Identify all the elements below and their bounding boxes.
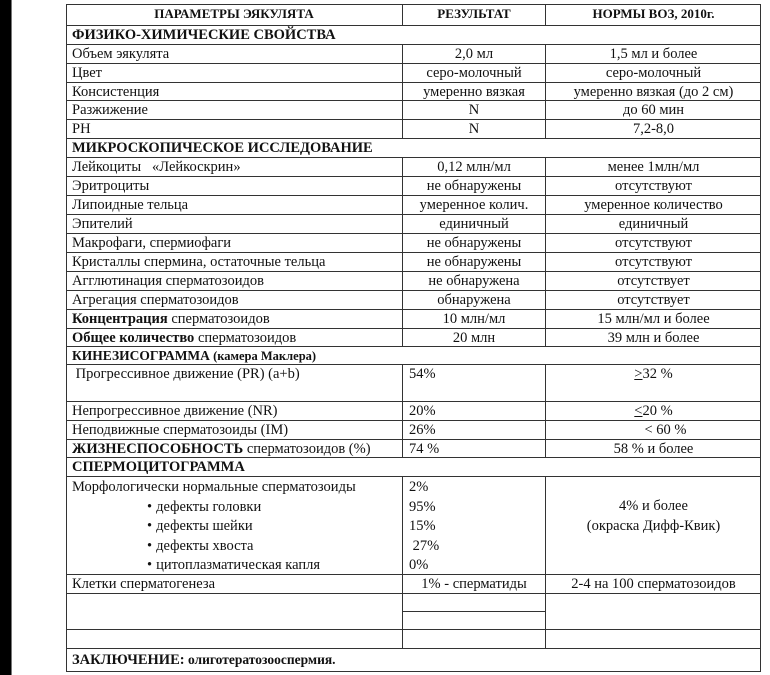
param-label: PH bbox=[66, 120, 402, 138]
param-label: Объем эякулята bbox=[66, 45, 402, 63]
empty-cell bbox=[402, 630, 545, 648]
param-label: Липоидные тельца bbox=[66, 196, 402, 214]
result-value: 26% bbox=[402, 421, 545, 439]
morph-normal-label: Морфологически нормальные сперматозоиды bbox=[72, 478, 402, 498]
result-value: 1% - сперматиды bbox=[402, 575, 545, 593]
table-row: Консистенция умеренно вязкая умеренно вя… bbox=[66, 82, 761, 100]
morphology-results: 2% 95% 15% 27% 0% bbox=[402, 477, 545, 574]
semen-analysis-table: ПАРАМЕТРЫ ЭЯКУЛЯТА РЕЗУЛЬТАТ НОРМЫ ВОЗ, … bbox=[66, 4, 761, 672]
param-label: Эритроциты bbox=[66, 177, 402, 195]
param-label: Непрогрессивное движение (NR) bbox=[66, 402, 402, 420]
param-bold-label: ЖИЗНЕСПОСОБНОСТЬ bbox=[72, 441, 243, 457]
section-physchem: ФИЗИКО-ХИМИЧЕСКИЕ СВОЙСТВА bbox=[66, 25, 761, 44]
result-value: 54% bbox=[402, 365, 545, 401]
norm-value: 58 % и более bbox=[545, 440, 761, 457]
table-row: Объем эякулята 2,0 мл 1,5 мл и более bbox=[66, 44, 761, 63]
result-value: единичный bbox=[402, 215, 545, 233]
conclusion-row: ЗАКЛЮЧЕНИЕ: олиготератозооспермия. bbox=[66, 648, 761, 672]
section-kinesiogram: КИНЕЗИСОГРАММА (камера Маклера) bbox=[66, 346, 761, 364]
param-label: Макрофаги, спермиофаги bbox=[66, 234, 402, 252]
defect-tail-label: дефекты хвоста bbox=[72, 537, 402, 557]
result-value: 20 млн bbox=[402, 329, 545, 346]
empty-cell bbox=[545, 630, 761, 648]
norm-value: 15 млн/мл и более bbox=[545, 310, 761, 328]
table-row: Неподвижные сперматозоиды (IM) 26% < 60 … bbox=[66, 420, 761, 439]
norm-value: умеренно вязкая (до 2 см) bbox=[545, 83, 761, 100]
param-label: Неподвижные сперматозоиды (IM) bbox=[66, 421, 402, 439]
section-title: КИНЕЗИСОГРАММА (камера Маклера) bbox=[66, 347, 761, 364]
table-row: Непрогрессивное движение (NR) 20% <20 % bbox=[66, 401, 761, 420]
result-value: 10 млн/мл bbox=[402, 310, 545, 328]
param-label: Концентрация сперматозоидов bbox=[66, 310, 402, 328]
table-row: Эритроциты не обнаружены отсутствуют bbox=[66, 176, 761, 195]
empty-cell bbox=[66, 594, 402, 629]
norm-value: <20 % bbox=[545, 402, 761, 420]
param-label: Прогрессивное движение (PR) (a+b) bbox=[66, 365, 402, 401]
norm-number: 32 % bbox=[642, 366, 672, 382]
norm-value: серо-молочный bbox=[545, 64, 761, 82]
norm-value: менее 1млн/мл bbox=[545, 158, 761, 176]
section-title-sub: (камера Маклера) bbox=[210, 349, 316, 363]
section-title: МИКРОСКОПИЧЕСКОЕ ИССЛЕДОВАНИЕ bbox=[66, 139, 761, 157]
param-rest-label: сперматозоидов bbox=[168, 311, 270, 327]
result-value: 20% bbox=[402, 402, 545, 420]
header-norms: НОРМЫ ВОЗ, 2010г. bbox=[545, 4, 761, 25]
defect-neck-label: дефекты шейки bbox=[72, 517, 402, 537]
param-bold-label: Концентрация bbox=[72, 311, 168, 327]
result-value: не обнаружены bbox=[402, 177, 545, 195]
norm-value: 1,5 мл и более bbox=[545, 45, 761, 63]
morph-norm-line2: (окраска Дифф-Квик) bbox=[546, 517, 761, 537]
table-row: Лейкоциты «Лейкоскрин» 0,12 млн/мл менее… bbox=[66, 157, 761, 176]
header-parameters: ПАРАМЕТРЫ ЭЯКУЛЯТА bbox=[66, 4, 402, 25]
table-row: Общее количество сперматозоидов 20 млн 3… bbox=[66, 328, 761, 346]
defect-neck-value: 15% bbox=[409, 517, 545, 537]
empty-cell bbox=[66, 630, 402, 648]
table-row: Липоидные тельца умеренное колич. умерен… bbox=[66, 195, 761, 214]
section-title: ФИЗИКО-ХИМИЧЕСКИЕ СВОЙСТВА bbox=[66, 26, 761, 44]
norm-value: 7,2-8,0 bbox=[545, 120, 761, 138]
morph-norm-line1: 4% и более bbox=[546, 497, 761, 517]
result-value: не обнаружена bbox=[402, 272, 545, 290]
defect-tail-value: 27% bbox=[409, 537, 545, 557]
table-row: Клетки сперматогенеза 1% - сперматиды 2-… bbox=[66, 574, 761, 593]
defect-head-label: дефекты головки bbox=[72, 498, 402, 518]
param-rest-label: сперматозоидов bbox=[194, 330, 296, 346]
norm-value: < 60 % bbox=[545, 421, 761, 439]
morphology-params: Морфологически нормальные сперматозоиды … bbox=[66, 477, 402, 574]
morphology-row: Морфологически нормальные сперматозоиды … bbox=[66, 476, 761, 574]
norm-value: до 60 мин bbox=[545, 101, 761, 119]
table-row: Прогрессивное движение (PR) (a+b) 54% >3… bbox=[66, 364, 761, 401]
section-spermocytogram: СПЕРМОЦИТОГРАММА bbox=[66, 457, 761, 476]
norm-number: 20 % bbox=[642, 403, 672, 419]
left-border-edge bbox=[11, 0, 12, 675]
norm-value: 2-4 на 100 сперматозоидов bbox=[545, 575, 761, 593]
cell-split-line bbox=[402, 611, 545, 612]
section-title: СПЕРМОЦИТОГРАММА bbox=[66, 458, 761, 476]
result-value: умеренно вязкая bbox=[402, 83, 545, 100]
table-row: Агглютинация сперматозоидов не обнаружен… bbox=[66, 271, 761, 290]
param-label: Консистенция bbox=[66, 83, 402, 100]
param-label: Лейкоциты «Лейкоскрин» bbox=[66, 158, 402, 176]
norm-value: 39 млн и более bbox=[545, 329, 761, 346]
param-rest-label: сперматозоидов (%) bbox=[243, 441, 370, 457]
result-value: 74 % bbox=[402, 440, 545, 457]
result-value: умеренное колич. bbox=[402, 196, 545, 214]
param-bold-label: Общее количество bbox=[72, 330, 194, 346]
defect-cytoplasmic-drop-value: 0% bbox=[409, 556, 545, 576]
morphology-norm: 4% и более (окраска Дифф-Квик) bbox=[545, 477, 761, 574]
defect-head-value: 95% bbox=[409, 498, 545, 518]
result-value: 0,12 млн/мл bbox=[402, 158, 545, 176]
morph-normal-value: 2% bbox=[409, 478, 545, 498]
table-row: PH N 7,2-8,0 bbox=[66, 119, 761, 138]
norm-value: отсутствуют bbox=[545, 177, 761, 195]
norm-value: отсутствуют bbox=[545, 253, 761, 271]
result-value: N bbox=[402, 120, 545, 138]
result-value: серо-молочный bbox=[402, 64, 545, 82]
conclusion: ЗАКЛЮЧЕНИЕ: олиготератозооспермия. bbox=[66, 649, 761, 672]
norm-value: отсутствует bbox=[545, 272, 761, 290]
norm-value: отсутствуют bbox=[545, 234, 761, 252]
param-label: Кристаллы спермина, остаточные тельца bbox=[66, 253, 402, 271]
norm-value: >32 % bbox=[545, 365, 761, 401]
param-label: Общее количество сперматозоидов bbox=[66, 329, 402, 346]
result-value: обнаружена bbox=[402, 291, 545, 309]
table-row: Агрегация сперматозоидов обнаружена отсу… bbox=[66, 290, 761, 309]
section-microscopy: МИКРОСКОПИЧЕСКОЕ ИССЛЕДОВАНИЕ bbox=[66, 138, 761, 157]
table-row: Цвет серо-молочный серо-молочный bbox=[66, 63, 761, 82]
param-label: Эпителий bbox=[66, 215, 402, 233]
param-label: Клетки сперматогенеза bbox=[66, 575, 402, 593]
table-header: ПАРАМЕТРЫ ЭЯКУЛЯТА РЕЗУЛЬТАТ НОРМЫ ВОЗ, … bbox=[66, 4, 761, 25]
table-row: Концентрация сперматозоидов 10 млн/мл 15… bbox=[66, 309, 761, 328]
param-label: Агрегация сперматозоидов bbox=[66, 291, 402, 309]
section-title-main: КИНЕЗИСОГРАММА bbox=[72, 348, 210, 363]
defect-cytoplasmic-drop-label: цитоплазматическая капля bbox=[72, 556, 402, 576]
conclusion-label: ЗАКЛЮЧЕНИЕ: bbox=[72, 652, 185, 668]
result-value: N bbox=[402, 101, 545, 119]
table-row: Кристаллы спермина, остаточные тельца не… bbox=[66, 252, 761, 271]
norm-value: отсутствует bbox=[545, 291, 761, 309]
result-value: 2,0 мл bbox=[402, 45, 545, 63]
left-black-border bbox=[0, 0, 11, 675]
header-result: РЕЗУЛЬТАТ bbox=[402, 4, 545, 25]
table-row: Разжижение N до 60 мин bbox=[66, 100, 761, 119]
param-label: ЖИЗНЕСПОСОБНОСТЬ сперматозоидов (%) bbox=[66, 440, 402, 457]
conclusion-value: олиготератозооспермия. bbox=[185, 652, 336, 667]
result-value: не обнаружены bbox=[402, 253, 545, 271]
table-row: Эпителий единичный единичный bbox=[66, 214, 761, 233]
result-value: не обнаружены bbox=[402, 234, 545, 252]
empty-cell bbox=[545, 594, 761, 629]
empty-row bbox=[66, 629, 761, 648]
param-label: Агглютинация сперматозоидов bbox=[66, 272, 402, 290]
table-row: ЖИЗНЕСПОСОБНОСТЬ сперматозоидов (%) 74 %… bbox=[66, 439, 761, 457]
param-label: Разжижение bbox=[66, 101, 402, 119]
norm-value: умеренное количество bbox=[545, 196, 761, 214]
table-row: Макрофаги, спермиофаги не обнаружены отс… bbox=[66, 233, 761, 252]
norm-value: единичный bbox=[545, 215, 761, 233]
param-label: Цвет bbox=[66, 64, 402, 82]
